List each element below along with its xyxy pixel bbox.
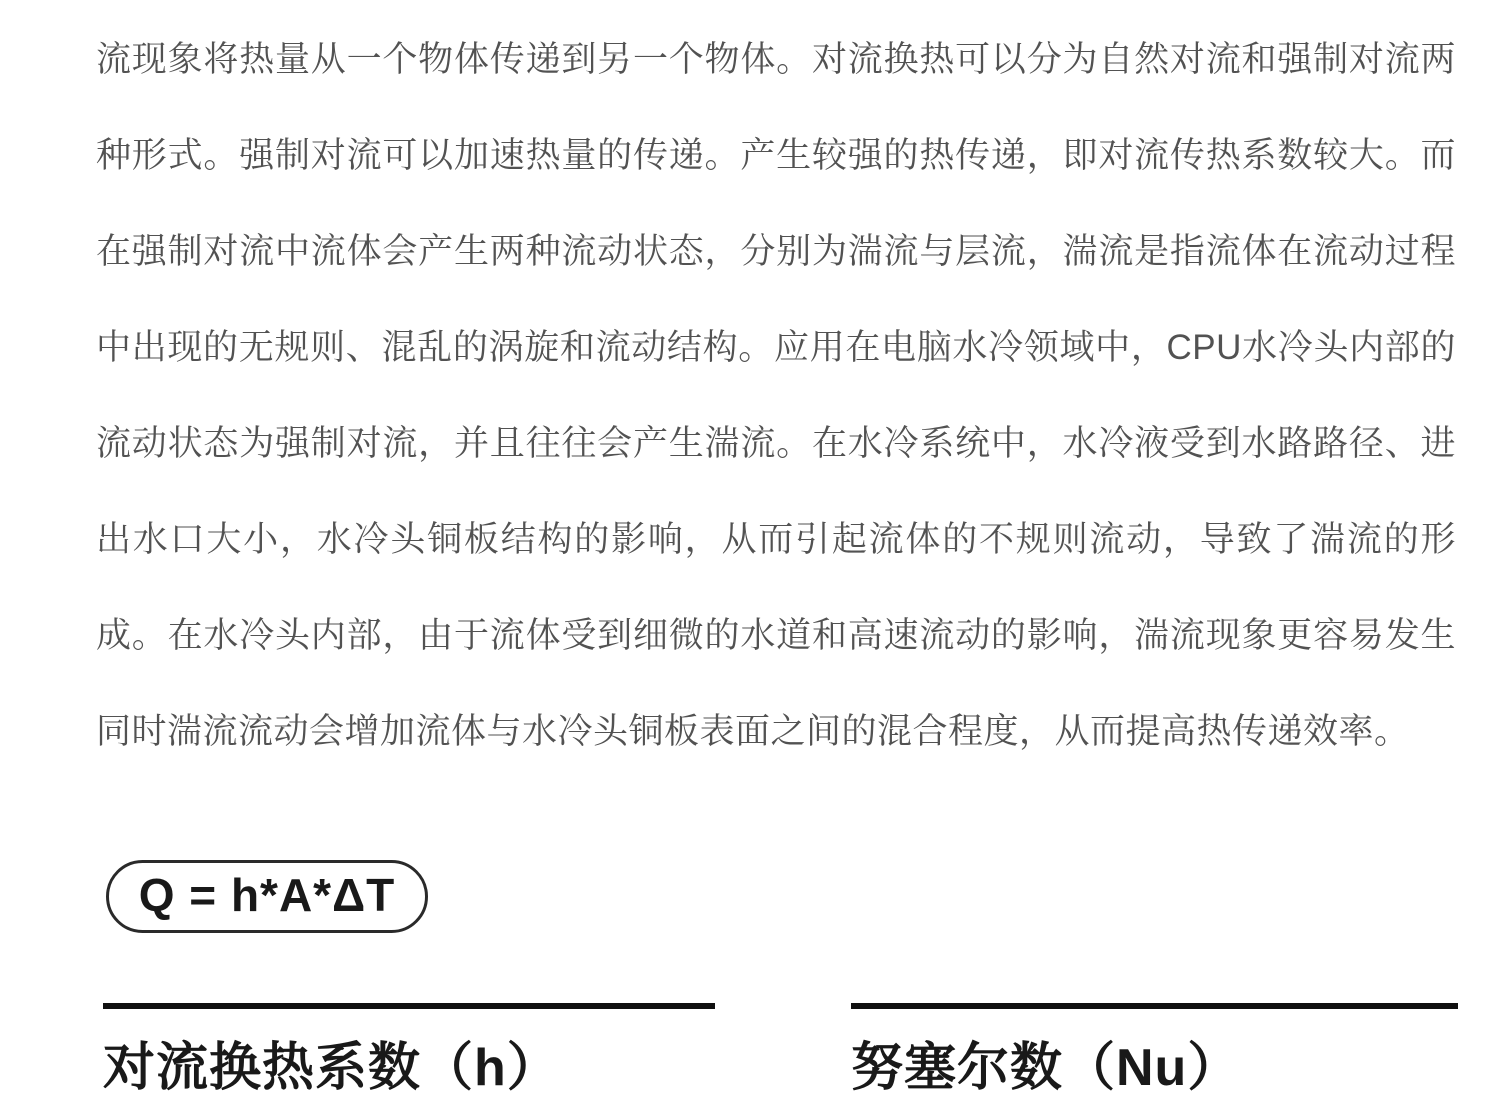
paragraph-line: 同时湍流流动会增加流体与水冷头铜板表面之间的混合程度，从而提高热传递效率。: [96, 684, 1456, 780]
section-nusselt-number: 努塞尔数（Nu）: [851, 1003, 1458, 1097]
formula-pill: Q = h*A*ΔT: [106, 860, 428, 933]
paragraph-line: 成。在水冷头内部，由于流体受到细微的水道和高速流动的影响，湍流现象更容易发生: [96, 588, 1456, 684]
section-title-nusselt-number: 努塞尔数（Nu）: [851, 1040, 1458, 1097]
article-page: 流现象将热量从一个物体传递到另一个物体。对流换热可以分为自然对流和强制对流两 种…: [0, 0, 1507, 1109]
section-convection-coefficient: 对流换热系数（h）: [103, 1003, 715, 1097]
section-divider: [103, 1003, 715, 1009]
article-body: 流现象将热量从一个物体传递到另一个物体。对流换热可以分为自然对流和强制对流两 种…: [96, 12, 1456, 780]
paragraph-line: 种形式。强制对流可以加速热量的传递。产生较强的热传递，即对流传热系数较大。而: [96, 108, 1456, 204]
paragraph-line: 流动状态为强制对流，并且往往会产生湍流。在水冷系统中，水冷液受到水路路径、进: [96, 396, 1456, 492]
paragraph-line: 在强制对流中流体会产生两种流动状态，分别为湍流与层流，湍流是指流体在流动过程: [96, 204, 1456, 300]
paragraph-line: 流现象将热量从一个物体传递到另一个物体。对流换热可以分为自然对流和强制对流两: [96, 12, 1456, 108]
paragraph-line: 中出现的无规则、混乱的涡旋和流动结构。应用在电脑水冷领域中，CPU水冷头内部的: [96, 300, 1456, 396]
section-divider: [851, 1003, 1458, 1009]
paragraph-line: 出水口大小，水冷头铜板结构的影响，从而引起流体的不规则流动，导致了湍流的形: [96, 492, 1456, 588]
section-title-convection-coefficient: 对流换热系数（h）: [103, 1040, 715, 1097]
formula-text: Q = h*A*ΔT: [139, 872, 396, 922]
